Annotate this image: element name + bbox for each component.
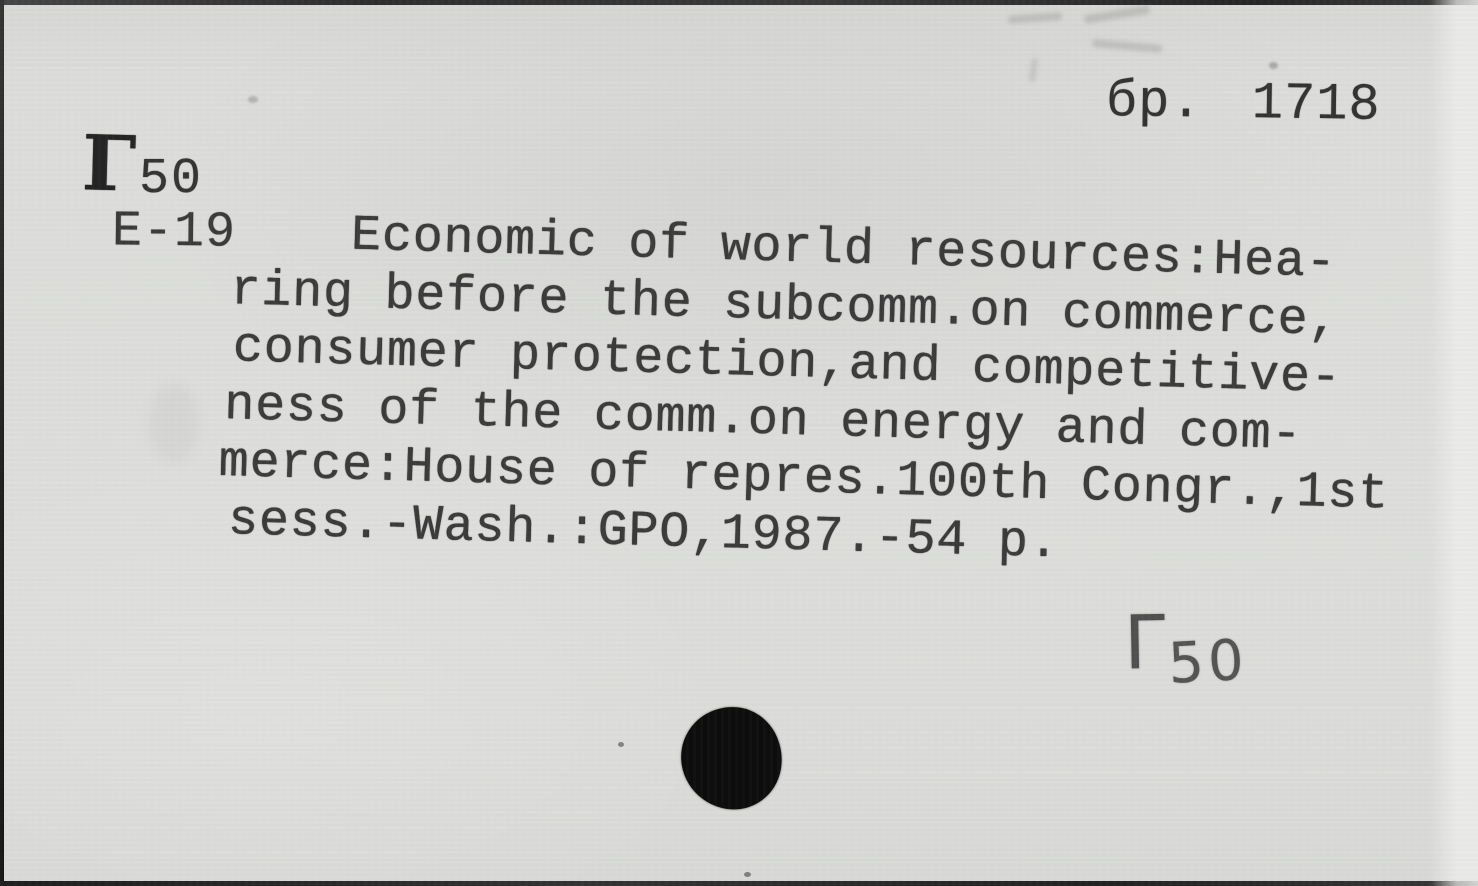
scan-edge-top bbox=[0, 0, 1478, 5]
faded-smudge bbox=[1092, 39, 1162, 53]
shelf-number: бр. 1718 bbox=[1106, 72, 1381, 135]
catalog-card-scan: бр. 1718 Γ50 E-19 Economic of world reso… bbox=[0, 0, 1478, 886]
scan-speck bbox=[150, 384, 198, 462]
classmark-top: Γ50 bbox=[82, 126, 203, 206]
classmark-letter: Γ bbox=[81, 125, 137, 202]
cutter-number: E-19 bbox=[112, 203, 237, 261]
scan-speck bbox=[744, 872, 751, 877]
scan-speck bbox=[1269, 62, 1278, 69]
classmark-number: 50 bbox=[139, 151, 203, 208]
scan-edge-left bbox=[0, 0, 4, 886]
faded-smudge bbox=[1028, 58, 1038, 83]
faded-smudge bbox=[1084, 5, 1151, 24]
scan-speck bbox=[618, 742, 624, 747]
classmark-bottom-number: 50 bbox=[1167, 633, 1249, 693]
faded-smudge bbox=[1008, 12, 1062, 24]
punch-hole bbox=[674, 700, 790, 817]
classmark-bottom: Γ50 bbox=[1122, 601, 1248, 681]
scan-speck bbox=[248, 96, 258, 103]
scan-edge-bottom bbox=[0, 881, 1478, 886]
bibliographic-entry: Economic of world resources:Hea- ring be… bbox=[216, 204, 1478, 584]
classmark-bottom-letter: Γ bbox=[1123, 606, 1166, 681]
